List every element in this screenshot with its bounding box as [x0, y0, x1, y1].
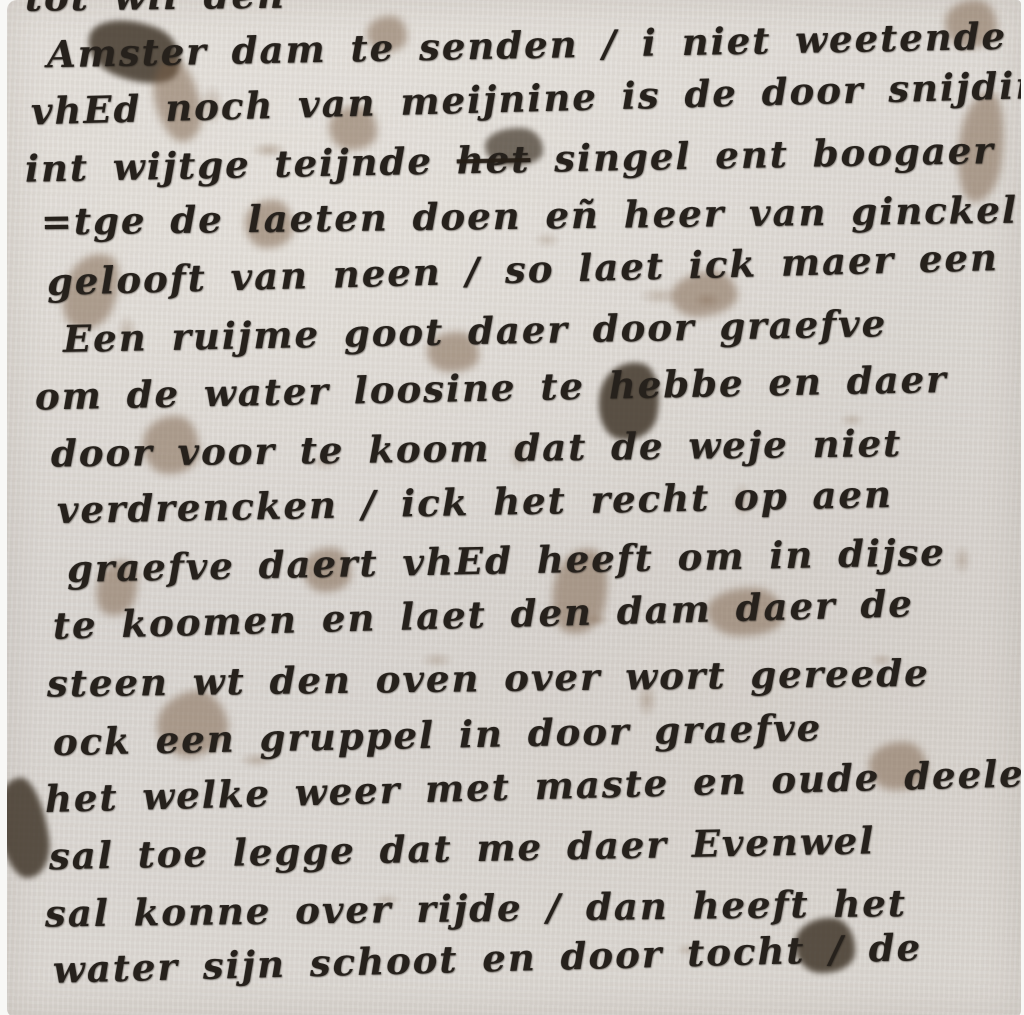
manuscript-page: tot wil denAmster dam te senden / i niet… [7, 0, 1021, 1015]
manuscript-text: tot wil denAmster dam te senden / i niet… [7, 0, 1021, 1000]
text-segment: int wijtge teijnde [25, 138, 458, 190]
struck-word: het [456, 137, 530, 182]
text-segment: singel ent boogaer [530, 128, 995, 181]
